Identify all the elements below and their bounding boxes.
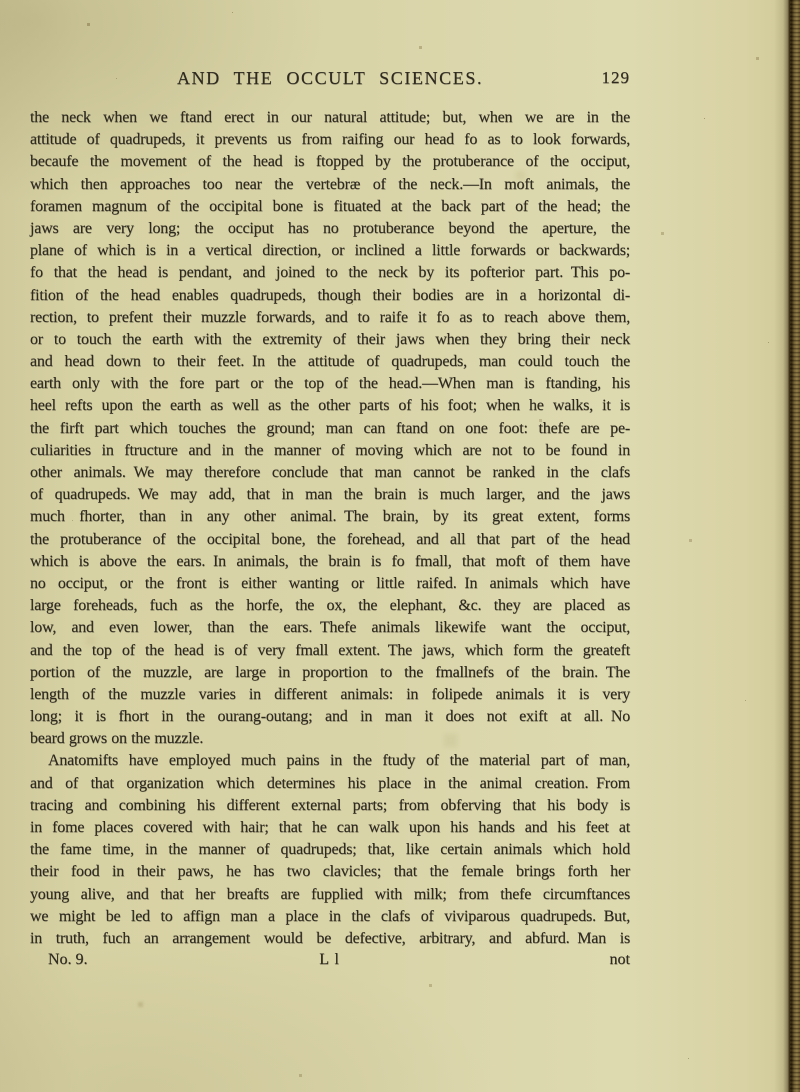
text-line: fo that the head is pendant, and joined … [30, 262, 630, 284]
text-line: of quadrupeds. We may add, that in man t… [30, 484, 630, 506]
text-line: length of the muzzle varies in different… [30, 684, 630, 706]
text-line: in fome places covered with hair; that h… [30, 817, 630, 839]
text-line: their food in their paws, he has two cla… [30, 861, 630, 883]
text-line: tracing and combining his different exte… [30, 795, 630, 817]
text-line: rection, to prefent their muzzle forward… [30, 307, 630, 329]
text-line: the fame time, in the manner of quadrupe… [30, 839, 630, 861]
text-line: becaufe the movement of the head is ftop… [30, 151, 630, 173]
page-edge-striations [790, 0, 800, 1092]
text-line: which is above the ears. In animals, the… [30, 551, 630, 573]
text-line: which then approaches too near the verte… [30, 174, 630, 196]
text-line: the firft part which touches the ground;… [30, 418, 630, 440]
text-line: heel refts upon the earth as well as the… [30, 395, 630, 417]
book-edge [774, 0, 800, 1092]
text-line: long; it is fhort in the ourang-outang; … [30, 706, 630, 728]
text-line: culiarities in ftructure and in the mann… [30, 440, 630, 462]
issue-number: No. 9. [48, 948, 88, 972]
text-line: young alive, and that her breafts are fu… [30, 884, 630, 906]
signature-mark: L l [319, 948, 340, 972]
text-line: no occiput, or the front is either wanti… [30, 573, 630, 595]
text-line: attitude of quadrupeds, it prevents us f… [30, 129, 630, 151]
text-line: the protuberance of the occipital bone, … [30, 529, 630, 551]
text-line: fition of the head enables quadrupeds, t… [30, 285, 630, 307]
paper-specks [0, 0, 1, 1]
text-line: large foreheads, fuch as the horfe, the … [30, 595, 630, 617]
page-footer: No. 9. L l not [30, 948, 630, 972]
page-header: AND THE OCCULT SCIENCES. 129 [30, 66, 630, 90]
text-line: much fhorter, than in any other animal. … [30, 506, 630, 528]
running-title: AND THE OCCULT SCIENCES. [30, 66, 630, 90]
body-text: the neck when we ftand erect in our natu… [30, 107, 630, 950]
text-line: beard grows on the muzzle. [30, 728, 630, 750]
catchword: not [610, 948, 630, 972]
text-line: Anatomifts have employed much pains in t… [30, 750, 630, 772]
text-line: plane of which is in a vertical directio… [30, 240, 630, 262]
page-number: 129 [602, 66, 631, 90]
text-line: foramen magnum of the occipital bone is … [30, 196, 630, 218]
text-line: and head down to their feet. In the atti… [30, 351, 630, 373]
text-line: portion of the muzzle, are large in prop… [30, 662, 630, 684]
book-page: AND THE OCCULT SCIENCES. 129 the neck wh… [0, 0, 800, 1092]
text-line: or to touch the earth with the extremity… [30, 329, 630, 351]
text-line: the neck when we ftand erect in our natu… [30, 107, 630, 129]
text-line: and of that organization which determine… [30, 773, 630, 795]
text-line: and the top of the head is of very fmall… [30, 640, 630, 662]
text-line: we might be led to affign man a place in… [30, 906, 630, 928]
text-line: earth only with the fore part or the top… [30, 373, 630, 395]
text-line: other animals. We may therefore conclude… [30, 462, 630, 484]
text-line: jaws are very long; the occiput has no p… [30, 218, 630, 240]
text-line: low, and even lower, than the ears. Thef… [30, 617, 630, 639]
text-line: in truth, fuch an arrangement would be d… [30, 928, 630, 950]
